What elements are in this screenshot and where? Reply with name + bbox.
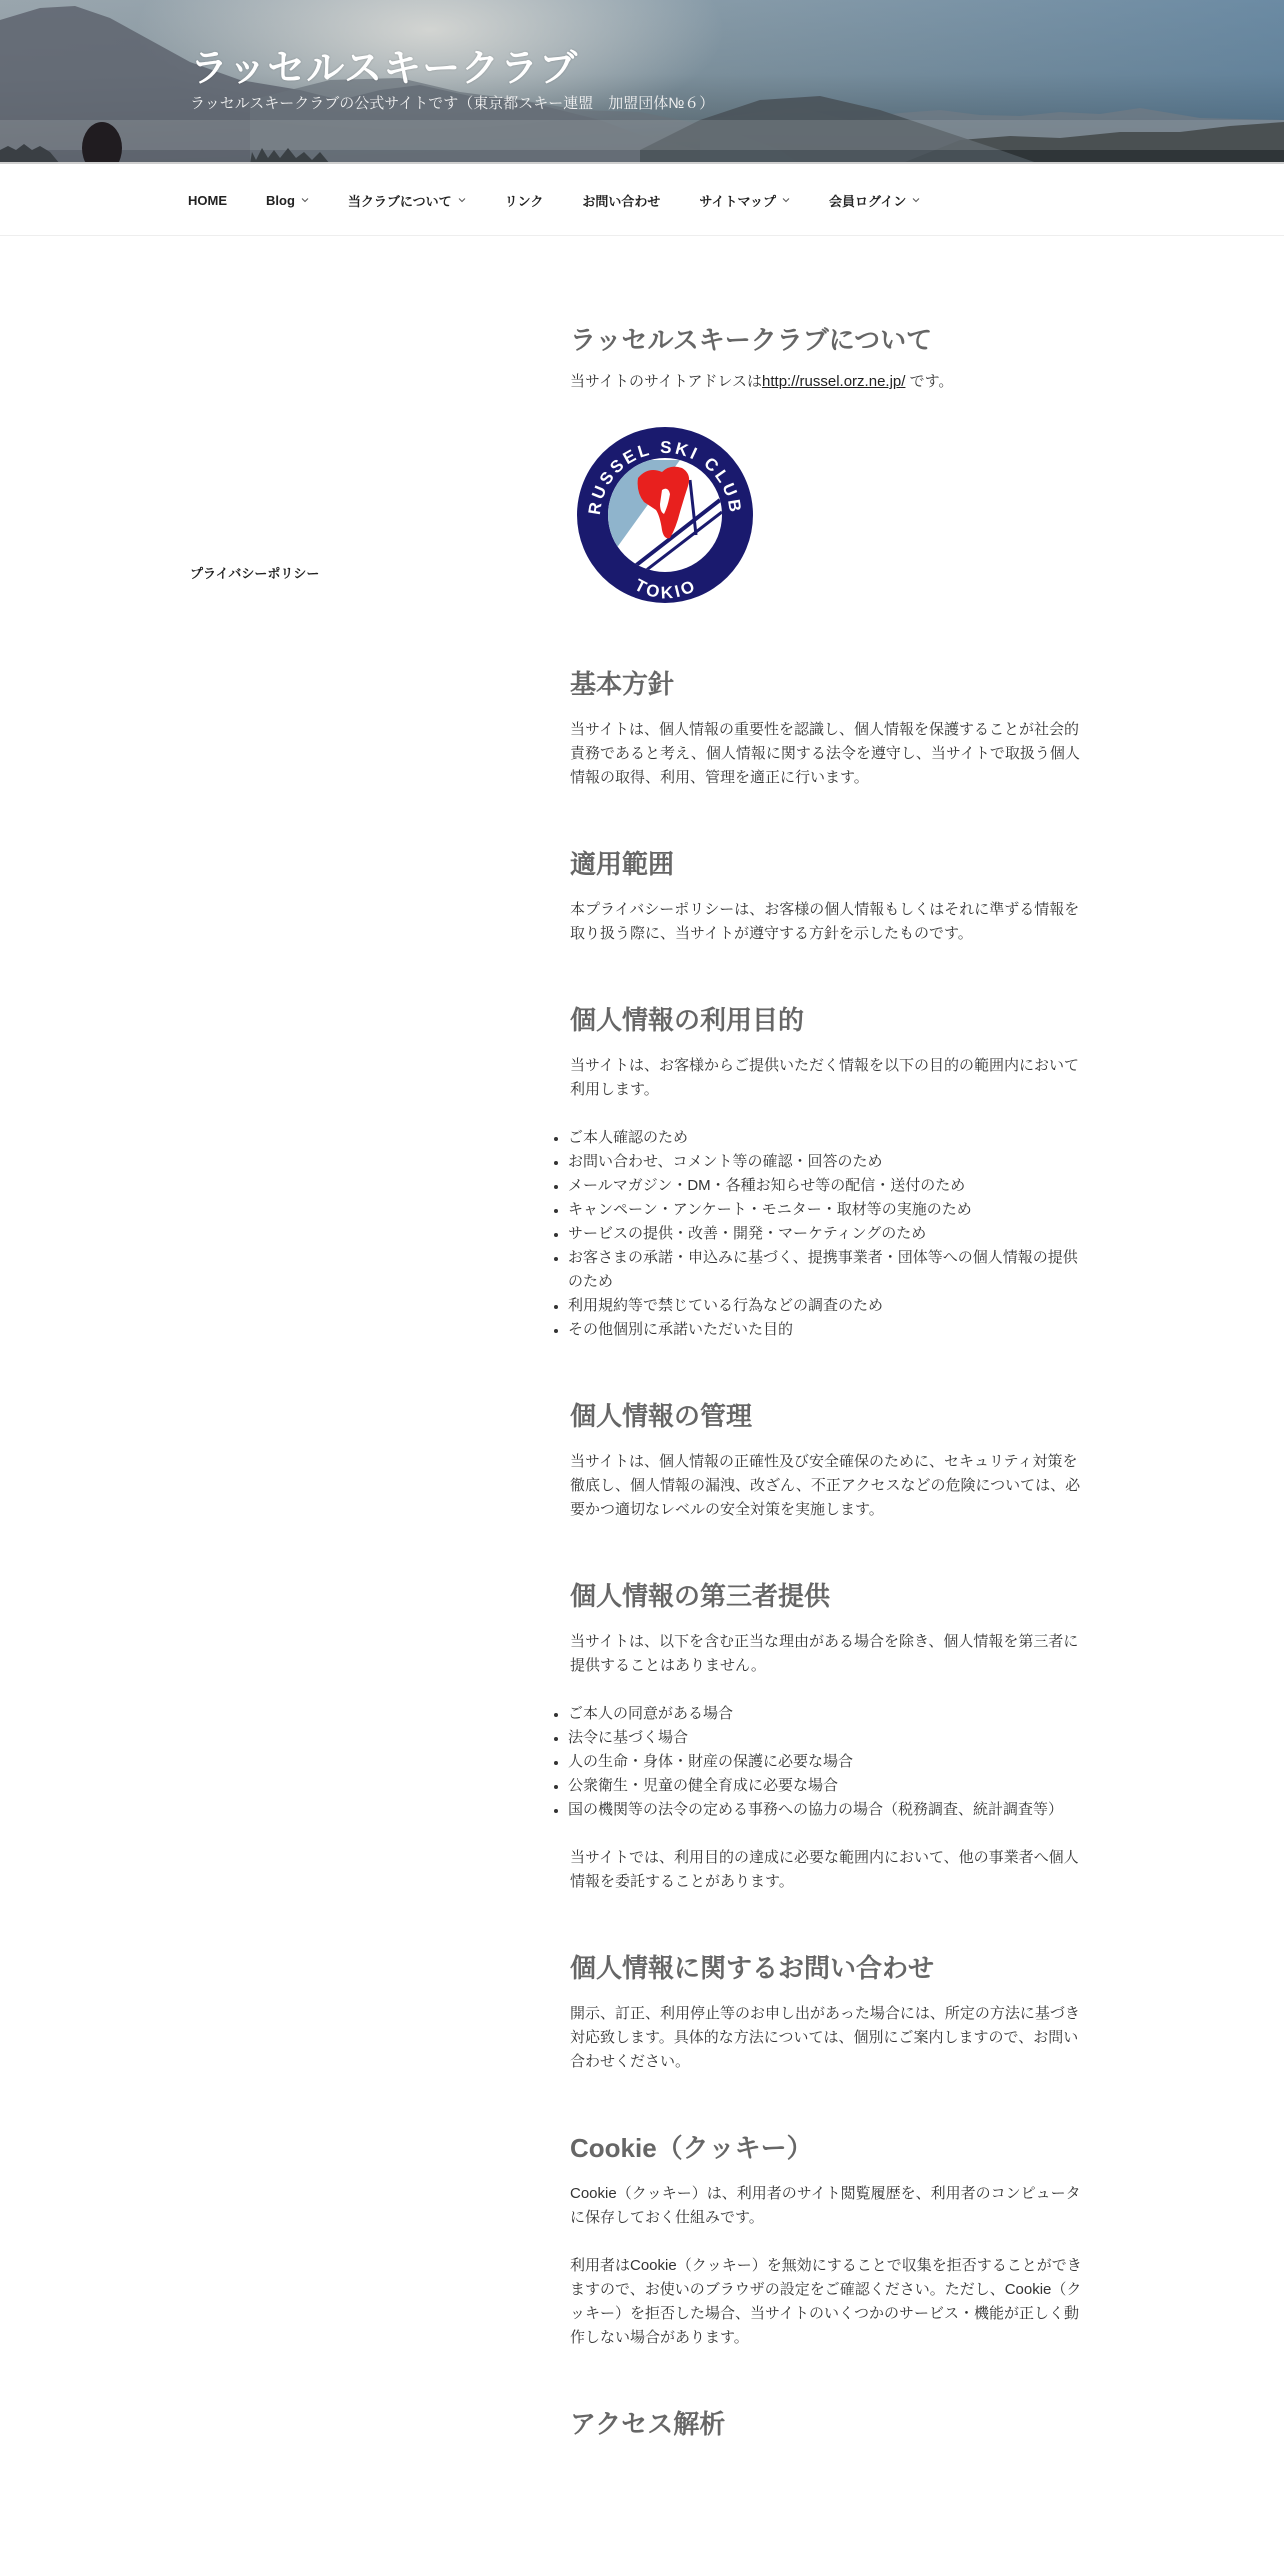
section-paragraph: 当サイトは、個人情報の正確性及び安全確保のために、セキュリティ対策を徹底し、個人… (570, 1450, 1090, 1522)
list-item: サービスの提供・改善・開発・マーケティングのため (568, 1222, 1090, 1246)
site-title: ラッセルスキークラブ (190, 46, 714, 92)
list-item: 公衆衛生・児童の健全育成に必要な場合 (568, 1774, 1090, 1798)
intro-text: 当サイトのサイトアドレスは (570, 373, 762, 390)
site-address-paragraph: 当サイトのサイトアドレスはhttp://russel.orz.ne.jp/ です… (570, 370, 1090, 394)
section-scope: 適用範囲 本プライバシーポリシーは、お客様の個人情報もしくはそれに準ずる情報を取… (570, 846, 1090, 946)
list-item: キャンペーン・アンケート・モニター・取材等の実施のため (568, 1198, 1090, 1222)
chevron-down-icon (782, 196, 790, 204)
sidebar-page-title: プライバシーポリシー (190, 563, 319, 582)
nav-item-label: 当クラブについて (348, 191, 452, 210)
nav-item-contact[interactable]: お問い合わせ (582, 191, 660, 210)
list-item: メールマガジン・DM・各種お知らせ等の配信・送付のため (568, 1174, 1090, 1198)
section-heading: 適用範囲 (570, 846, 1090, 882)
site-branding: ラッセルスキークラブ ラッセルスキークラブの公式サイトです（東京都スキー連盟 加… (190, 46, 714, 114)
section-paragraph: 本プライバシーポリシーは、お客様の個人情報もしくはそれに準ずる情報を取り扱う際に… (570, 898, 1090, 946)
nav-item-label: 会員ログイン (829, 191, 906, 210)
section-paragraph: 当サイトでは、利用目的の達成に必要な範囲内において、他の事業者へ個人情報を委託す… (570, 1846, 1090, 1894)
nav-item-home[interactable]: HOME (188, 193, 227, 208)
list-item: ご本人の同意がある場合 (568, 1702, 1090, 1726)
site-address-link[interactable]: http://russel.orz.ne.jp/ (762, 373, 905, 390)
nav-item-sitemap[interactable]: サイトマップ (699, 191, 790, 210)
nav-menu: HOME Blog 当クラブについて リンク お問い合わせ サイトマップ 会員ロ… (188, 164, 959, 236)
list-item: 人の生命・身体・財産の保護に必要な場合 (568, 1750, 1090, 1774)
section-access-analytics: アクセス解析 (570, 2406, 1090, 2442)
list-item: お問い合わせ、コメント等の確認・回答のため (568, 1150, 1090, 1174)
nav-item-label: サイトマップ (699, 191, 776, 210)
site-title-link[interactable]: ラッセルスキークラブ (190, 48, 578, 90)
section-heading: アクセス解析 (570, 2406, 1090, 2442)
section-basic-policy: 基本方針 当サイトは、個人情報の重要性を認識し、個人情報を保護することが社会的責… (570, 666, 1090, 790)
nav-item-label: HOME (188, 193, 227, 208)
section-paragraph: 当サイトは、個人情報の重要性を認識し、個人情報を保護することが社会的責務であると… (570, 718, 1090, 790)
chevron-down-icon (301, 196, 309, 204)
section-cookie: Cookie（クッキー） Cookie（クッキー）は、利用者のサイト閲覧履歴を、… (570, 2130, 1090, 2350)
page-title: ラッセルスキークラブについて (570, 322, 1090, 358)
section-heading: 個人情報に関するお問い合わせ (570, 1950, 1090, 1986)
section-heading: 基本方針 (570, 666, 1090, 702)
section-heading: 個人情報の管理 (570, 1398, 1090, 1434)
chevron-down-icon (458, 196, 466, 204)
intro-suffix: です。 (905, 373, 953, 390)
main-navigation: HOME Blog 当クラブについて リンク お問い合わせ サイトマップ 会員ロ… (0, 164, 1284, 236)
section-inquiries: 個人情報に関するお問い合わせ 開示、訂正、利用停止等のお申し出があった場合には、… (570, 1950, 1090, 2074)
site-description: ラッセルスキークラブの公式サイトです（東京都スキー連盟 加盟団体№６） (190, 94, 714, 114)
list-item: 国の機関等の法令の定める事務への協力の場合（税務調査、統計調査等） (568, 1798, 1090, 1822)
section-management: 個人情報の管理 当サイトは、個人情報の正確性及び安全確保のために、セキュリティ対… (570, 1398, 1090, 1522)
list-item: その他個別に承諾いただいた目的 (568, 1318, 1090, 1342)
site-header: ラッセルスキークラブ ラッセルスキークラブの公式サイトです（東京都スキー連盟 加… (0, 0, 1284, 164)
club-logo: RUSSEL SKI CLUB TOKIO (570, 420, 760, 610)
nav-item-blog[interactable]: Blog (266, 193, 309, 208)
section-third-party: 個人情報の第三者提供 当サイトは、以下を含む正当な理由がある場合を除き、個人情報… (570, 1578, 1090, 1894)
section-paragraph: 利用者はCookie（クッキー）を無効にすることで収集を拒否することができますの… (570, 2254, 1090, 2350)
list-item: 法令に基づく場合 (568, 1726, 1090, 1750)
page-article: ラッセルスキークラブについて 当サイトのサイトアドレスはhttp://russe… (570, 322, 1090, 2442)
purpose-list: ご本人確認のため お問い合わせ、コメント等の確認・回答のため メールマガジン・D… (568, 1126, 1090, 1342)
section-purpose-of-use: 個人情報の利用目的 当サイトは、お客様からご提供いただく情報を以下の目的の範囲内… (570, 1002, 1090, 1342)
main-content: プライバシーポリシー ラッセルスキークラブについて 当サイトのサイトアドレスはh… (0, 236, 1284, 2442)
section-paragraph: 当サイトは、お客様からご提供いただく情報を以下の目的の範囲内において利用します。 (570, 1054, 1090, 1102)
section-heading: Cookie（クッキー） (570, 2130, 1090, 2166)
section-heading: 個人情報の第三者提供 (570, 1578, 1090, 1614)
nav-item-links[interactable]: リンク (505, 191, 544, 210)
russel-ski-club-logo-icon: RUSSEL SKI CLUB TOKIO (570, 420, 760, 610)
nav-item-label: お問い合わせ (582, 191, 660, 210)
third-party-list: ご本人の同意がある場合 法令に基づく場合 人の生命・身体・財産の保護に必要な場合… (568, 1702, 1090, 1822)
list-item: ご本人確認のため (568, 1126, 1090, 1150)
section-heading: 個人情報の利用目的 (570, 1002, 1090, 1038)
section-paragraph: 当サイトは、以下を含む正当な理由がある場合を除き、個人情報を第三者に提供すること… (570, 1630, 1090, 1678)
list-item: お客さまの承諾・申込みに基づく、提携事業者・団体等への個人情報の提供のため (568, 1246, 1090, 1294)
nav-item-label: リンク (505, 191, 544, 210)
nav-item-label: Blog (266, 193, 295, 208)
chevron-down-icon (912, 196, 920, 204)
nav-item-member-login[interactable]: 会員ログイン (829, 191, 920, 210)
section-paragraph: 開示、訂正、利用停止等のお申し出があった場合には、所定の方法に基づき対応致します… (570, 2002, 1090, 2074)
list-item: 利用規約等で禁じている行為などの調査のため (568, 1294, 1090, 1318)
nav-item-about-club[interactable]: 当クラブについて (348, 191, 466, 210)
section-paragraph: Cookie（クッキー）は、利用者のサイト閲覧履歴を、利用者のコンピュータに保存… (570, 2182, 1090, 2230)
